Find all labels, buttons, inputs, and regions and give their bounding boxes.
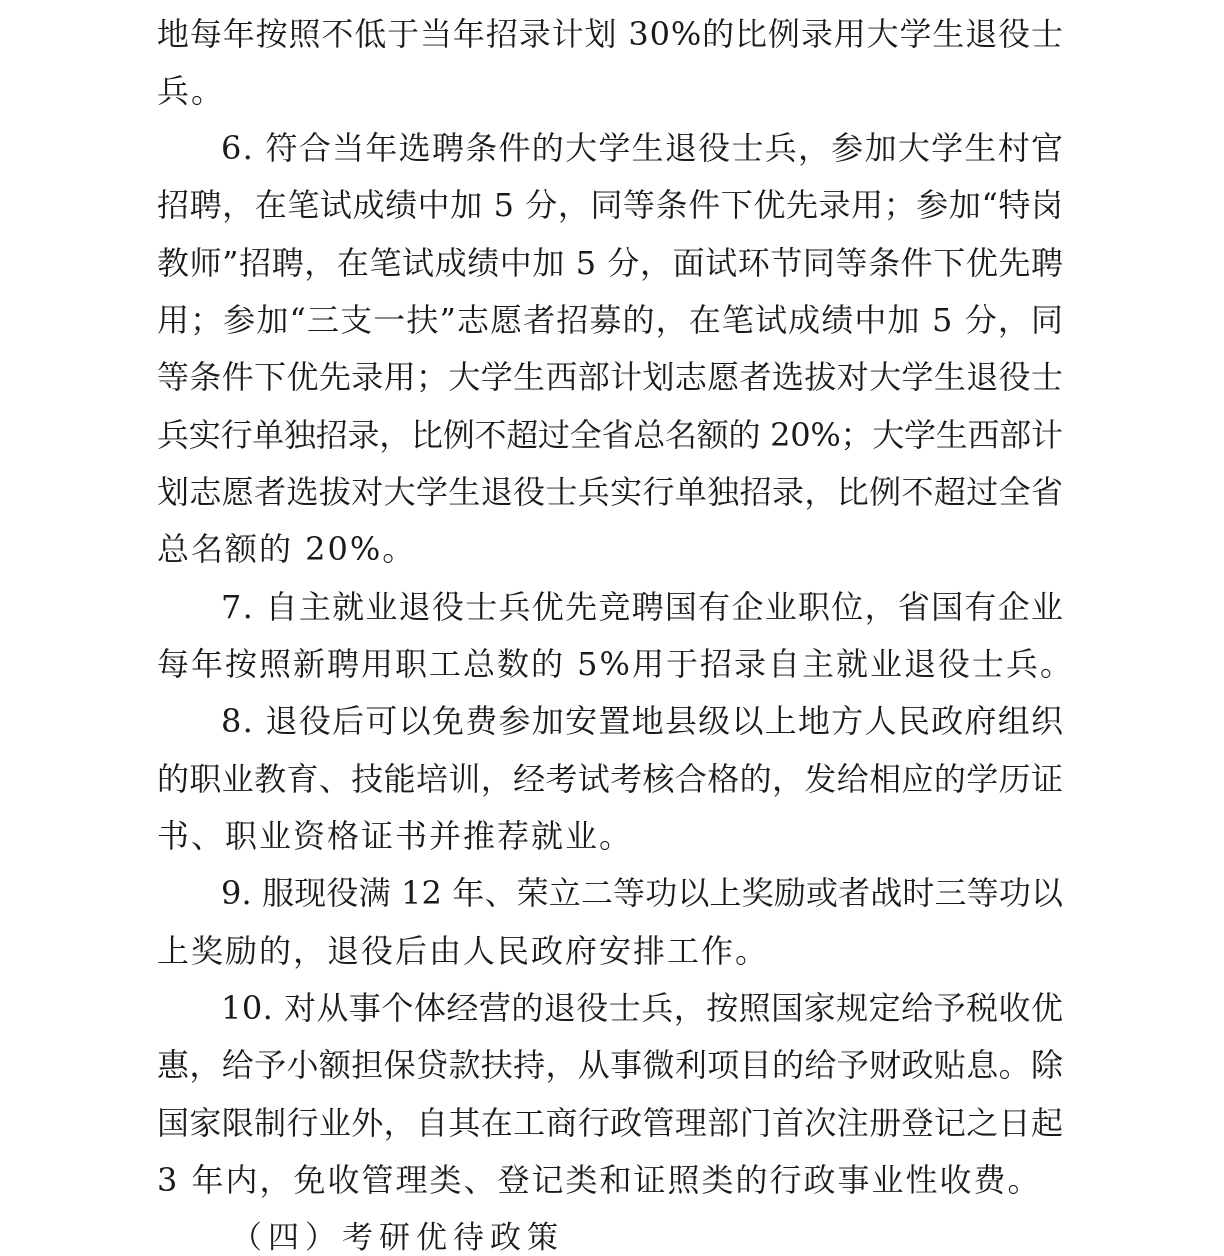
text-line: 兵实行单独招录，比例不超过全省总名额的 20%；大学生西部计 bbox=[157, 415, 1063, 455]
text-line: 9. 服现役满 12 年、荣立二等功以上奖励或者战时三等功以 bbox=[221, 873, 1063, 913]
text-line: 教师”招聘，在笔试成绩中加 5 分，面试环节同等条件下优先聘 bbox=[157, 243, 1063, 283]
text-line: 上奖励的，退役后由人民政府安排工作。 bbox=[157, 931, 1063, 971]
section-heading: （四）考研优待政策 bbox=[231, 1218, 564, 1256]
text-line: 每年按照新聘用职工总数的 5%用于招录自主就业退役士兵。 bbox=[157, 644, 1063, 684]
text-line: 兵。 bbox=[157, 71, 1063, 111]
text-line: 招聘，在笔试成绩中加 5 分，同等条件下优先录用；参加“特岗 bbox=[157, 185, 1063, 225]
text-line: 3 年内，免收管理类、登记类和证照类的行政事业性收费。 bbox=[157, 1160, 1063, 1200]
text-line: 8. 退役后可以免费参加安置地县级以上地方人民政府组织 bbox=[221, 701, 1063, 741]
text-line: 惠，给予小额担保贷款扶持，从事微利项目的给予财政贴息。除 bbox=[157, 1045, 1063, 1085]
text-line: 书、职业资格证书并推荐就业。 bbox=[157, 816, 1063, 856]
text-line: 等条件下优先录用；大学生西部计划志愿者选拔对大学生退役士 bbox=[157, 357, 1063, 397]
text-line: 总名额的 20%。 bbox=[157, 529, 1063, 569]
text-line: 6. 符合当年选聘条件的大学生退役士兵，参加大学生村官 bbox=[221, 128, 1063, 168]
text-line: 地每年按照不低于当年招录计划 30%的比例录用大学生退役士 bbox=[157, 14, 1063, 54]
text-line: 用；参加“三支一扶”志愿者招募的，在笔试成绩中加 5 分，同 bbox=[157, 300, 1063, 340]
text-line: 的职业教育、技能培训，经考试考核合格的，发给相应的学历证 bbox=[157, 759, 1063, 799]
text-line: 国家限制行业外，自其在工商行政管理部门首次注册登记之日起 bbox=[157, 1103, 1063, 1143]
text-line: 7. 自主就业退役士兵优先竞聘国有企业职位，省国有企业 bbox=[221, 587, 1063, 627]
text-line: 划志愿者选拔对大学生退役士兵实行单独招录，比例不超过全省 bbox=[157, 472, 1063, 512]
text-line: 10. 对从事个体经营的退役士兵，按照国家规定给予税收优 bbox=[221, 988, 1063, 1028]
